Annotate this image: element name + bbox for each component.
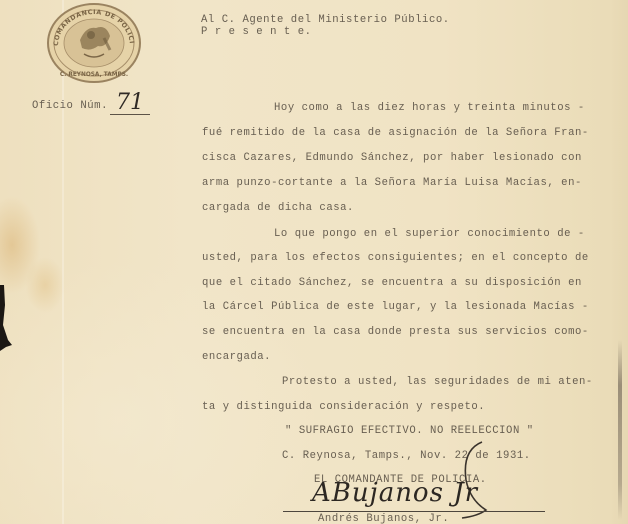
- body-line: Lo que pongo en el superior conocimiento…: [274, 228, 585, 240]
- body-line: fué remitido de la casa de asignación de…: [202, 127, 589, 139]
- motto: " SUFRAGIO EFECTIVO. NO REELECCION ": [285, 425, 534, 437]
- paper-tear: [0, 285, 12, 355]
- body-line: que el citado Sánchez, se encuentra a su…: [202, 277, 582, 289]
- addressee-present: P r e s e n t e.: [201, 26, 312, 38]
- body-line: Protesto a usted, las seguridades de mi …: [282, 376, 593, 388]
- body-line: se encuentra en la casa donde presta sus…: [202, 326, 589, 338]
- body-line: encargada.: [202, 351, 271, 363]
- place-date: C. Reynosa, Tamps., Nov. 22 de 1931.: [282, 450, 531, 462]
- body-line: arma punzo-cortante a la Señora María Lu…: [202, 177, 582, 189]
- body-line: cisca Cazares, Edmundo Sánchez, por habe…: [202, 152, 582, 164]
- seal-bottom-text: C. REYNOSA, TAMPS.: [60, 72, 128, 78]
- mexican-eagle-seal-icon: COMANDANCIA DE POLICIA MUNICIPAL C. REYN…: [46, 2, 142, 84]
- addressee-line: Al C. Agente del Ministerio Público.: [201, 14, 450, 26]
- signature: ABujanos Jr: [312, 478, 478, 508]
- paper-edge-shadow: [618, 340, 622, 520]
- oficio-number: 71: [110, 92, 150, 115]
- oficio-label: Oficio Núm.: [32, 100, 108, 112]
- signature-line: [283, 511, 545, 512]
- typed-name: Andrés Bujanos, Jr.: [318, 513, 449, 524]
- body-line: ta y distinguida consideración y respeto…: [202, 401, 485, 413]
- body-line: Hoy como a las diez horas y treinta minu…: [274, 102, 585, 114]
- body-line: cargada de dicha casa.: [202, 202, 354, 214]
- body-line: la Cárcel Pública de este lugar, y la le…: [202, 301, 589, 313]
- body-line: usted, para los efectos consiguientes; e…: [202, 252, 589, 264]
